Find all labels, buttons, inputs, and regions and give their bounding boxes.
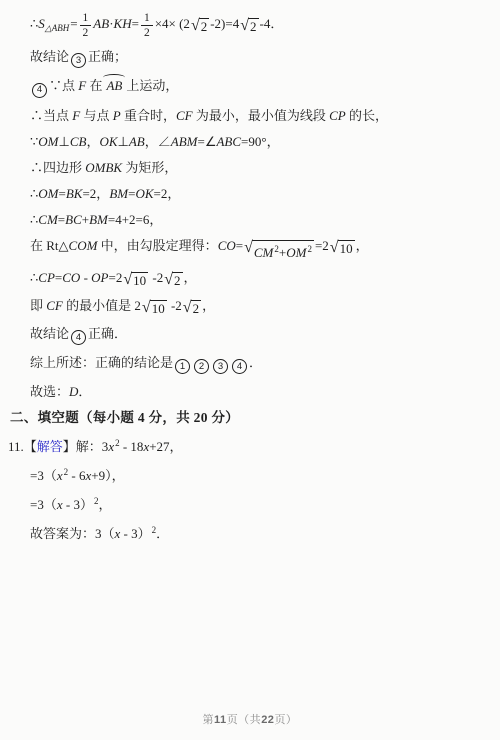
- text-run: 的最小值是 2: [63, 298, 141, 313]
- text-run: 与点: [80, 108, 113, 123]
- text-run: - 3）: [63, 497, 93, 512]
- text-run: 为矩形，: [122, 160, 177, 175]
- text-line: ∴当点 F 与点 P 重合时，CF 为最小，最小值为线段 CP 的长，: [0, 107, 500, 124]
- text-run: 故答案为：3（: [30, 526, 115, 541]
- text-run: 故选：: [30, 384, 69, 399]
- arc-over-segment: AB: [105, 78, 123, 93]
- text-run: ．: [78, 384, 91, 399]
- text-run: =2，: [154, 186, 181, 201]
- math-variable: OM: [38, 134, 58, 149]
- radicand: 2: [172, 272, 183, 288]
- square-root: √2: [183, 300, 201, 316]
- text-run: ∴当点: [30, 108, 72, 123]
- math-variable: P: [113, 108, 121, 123]
- text-line: 即 CF 的最小值是 2√10 -2√2，: [0, 297, 500, 316]
- text-run: =90°，: [241, 134, 280, 149]
- circled-number: 1: [175, 359, 190, 374]
- circled-number: 4: [232, 359, 247, 374]
- text-run: 正确．: [88, 326, 127, 341]
- math-variable: OK: [99, 134, 117, 149]
- text-line: =3（x2 - 6x+9），: [0, 464, 500, 484]
- text-run: 即: [30, 298, 46, 313]
- text-run: 第: [203, 714, 215, 726]
- math-variable: CM: [38, 212, 58, 227]
- circled-number: 4: [71, 330, 86, 345]
- text-line: ∴OM=BK=2，BM=OK=2，: [0, 185, 500, 202]
- text-run: 在 Rt△: [30, 238, 69, 253]
- text-run: ∵点: [49, 78, 78, 93]
- text-line: 11.【解答】解：3x2 - 18x+27，: [0, 435, 500, 455]
- text-run: ．: [249, 355, 262, 370]
- text-run: - 3）: [120, 526, 150, 541]
- text-line: ∴CP=CO - OP=2√10 -2√2，: [0, 269, 500, 288]
- math-variable: x: [108, 439, 114, 454]
- answer-label: 解答: [37, 439, 63, 454]
- math-variable: CP: [329, 108, 346, 123]
- text-run: ⊥: [59, 134, 70, 149]
- text-run: =3（: [30, 468, 57, 483]
- math-variable: CP: [38, 270, 55, 285]
- text-line: =3（x - 3）2，: [0, 493, 500, 513]
- circled-number: 3: [213, 359, 228, 374]
- text-run: =: [236, 238, 243, 253]
- text-run: 综上所述：正确的结论是: [30, 355, 173, 370]
- math-variable: BK: [66, 186, 83, 201]
- circled-number: 4: [32, 83, 47, 98]
- square-root: √2: [191, 18, 209, 34]
- document-page: ∴S△ABH=12AB·KH=12×4× (2√2-2)=4√2-4．故结论3正…: [0, 0, 500, 740]
- text-run: 中，由勾股定理得：: [97, 238, 217, 253]
- math-variable: x: [57, 468, 63, 483]
- math-variable: ABC: [216, 134, 241, 149]
- square-root: √10: [142, 300, 167, 316]
- text-run: +27，: [149, 439, 182, 454]
- math-variable: OP: [91, 270, 108, 285]
- square-root: √2: [240, 18, 258, 34]
- subscript: △ABH: [45, 23, 69, 33]
- superscript: 2: [307, 244, 312, 254]
- text-line: 故结论3正确；: [0, 48, 500, 68]
- math-variable: S: [38, 16, 45, 31]
- math-variable: D: [69, 384, 78, 399]
- text-run: =: [59, 186, 66, 201]
- text-run: =3（: [30, 497, 57, 512]
- text-run: 页（共: [227, 714, 262, 726]
- math-variable: CO: [218, 238, 236, 253]
- text-run: -2: [168, 298, 182, 313]
- text-run: ，: [184, 270, 197, 285]
- text-run: 故结论: [30, 49, 69, 64]
- text-run: ⊥: [118, 134, 129, 149]
- text-line: 故选：D．: [0, 383, 500, 400]
- text-run: -2)=4: [210, 16, 239, 31]
- text-line: ∴四边形 OMBK 为矩形，: [0, 159, 500, 176]
- square-root: √10: [330, 240, 355, 256]
- text-run: ，: [202, 298, 215, 313]
- text-run: =: [70, 16, 77, 31]
- text-run: =: [132, 16, 139, 31]
- radicand: 2: [248, 18, 259, 34]
- text-line: ∴CM=BC+BM=4+2=6，: [0, 211, 500, 228]
- text-run: -4．: [260, 16, 284, 31]
- math-variable: OMBK: [85, 160, 122, 175]
- math-variable: BM: [109, 186, 128, 201]
- square-root: √10: [123, 272, 148, 288]
- bold-text: 22: [261, 714, 274, 726]
- text-run: 上运动，: [126, 78, 178, 93]
- math-variable: OK: [135, 186, 153, 201]
- text-run: ，: [98, 497, 111, 512]
- radicand: 10: [338, 240, 355, 256]
- square-root: √2: [164, 272, 182, 288]
- math-variable: COM: [69, 238, 98, 253]
- page-footer: 第11页（共22页）: [0, 711, 500, 727]
- math-variable: CF: [176, 108, 193, 123]
- text-run: 为最小，最小值为线段: [193, 108, 330, 123]
- text-run: 故结论: [30, 326, 69, 341]
- text-run: =∠: [197, 134, 216, 149]
- document-body: ∴S△ABH=12AB·KH=12×4× (2√2-2)=4√2-4．故结论3正…: [0, 12, 500, 542]
- fraction: 12: [141, 12, 153, 39]
- text-run: ．: [156, 526, 169, 541]
- radicand: 2: [199, 18, 210, 34]
- math-variable: AB: [93, 16, 109, 31]
- square-root: √CM2+OM2: [244, 240, 314, 260]
- text-run: +: [82, 212, 89, 227]
- fraction: 12: [80, 12, 92, 39]
- text-run: =4+2=6，: [108, 212, 163, 227]
- text-run: ×4× (2: [155, 16, 190, 31]
- text-run: -2: [149, 270, 163, 285]
- text-run: 】解：3: [63, 439, 109, 454]
- math-variable: KH: [114, 16, 132, 31]
- math-variable: BC: [65, 212, 82, 227]
- text-run: ，: [356, 238, 369, 253]
- text-run: 正确；: [88, 49, 127, 64]
- math-variable: CF: [46, 298, 63, 313]
- fraction-denominator: 2: [141, 26, 153, 39]
- text-run: - 6: [68, 468, 85, 483]
- text-run: =2，: [82, 186, 109, 201]
- math-variable: BM: [89, 212, 108, 227]
- text-line: 在 Rt△COM 中，由勾股定理得：CO=√CM2+OM2=2√10，: [0, 237, 500, 260]
- math-variable: ABM: [171, 134, 198, 149]
- circled-number: 2: [194, 359, 209, 374]
- text-run: 11.【: [8, 439, 37, 454]
- circled-number: 3: [71, 53, 86, 68]
- radicand: 10: [131, 272, 148, 288]
- radicand: 2: [191, 300, 202, 316]
- text-line: ∴S△ABH=12AB·KH=12×4× (2√2-2)=4√2-4．: [0, 12, 500, 39]
- fraction-numerator: 1: [141, 12, 153, 26]
- text-run: - 18: [120, 439, 144, 454]
- text-run: 页）: [274, 714, 297, 726]
- text-line: ∵OM⊥CB，OK⊥AB，∠ABM=∠ABC=90°，: [0, 133, 500, 150]
- math-variable: OM: [286, 245, 306, 260]
- math-variable: OM: [38, 186, 58, 201]
- text-run: ∴四边形: [30, 160, 85, 175]
- radicand: 10: [150, 300, 167, 316]
- text-run: =2: [109, 270, 123, 285]
- text-run: ，: [86, 134, 99, 149]
- text-run: -: [80, 270, 91, 285]
- text-run: +9），: [91, 468, 124, 483]
- math-variable: CO: [62, 270, 80, 285]
- text-run: 重合时，: [121, 108, 176, 123]
- text-run: 二、填空题（每小题 4 分，共 20 分）: [10, 410, 239, 425]
- math-variable: AB: [129, 134, 145, 149]
- text-run: =2: [315, 238, 329, 253]
- fraction-numerator: 1: [80, 12, 92, 26]
- text-run: 在: [86, 78, 102, 93]
- section-heading: 二、填空题（每小题 4 分，共 20 分）: [0, 409, 500, 426]
- text-line: 故答案为：3（x - 3）2．: [0, 522, 500, 542]
- text-line: 综上所述：正确的结论是1234．: [0, 354, 500, 374]
- radicand: CM2+OM2: [252, 240, 314, 260]
- text-run: ，∠: [145, 134, 171, 149]
- text-line: 故结论4正确．: [0, 325, 500, 345]
- bold-text: 11: [214, 714, 227, 726]
- text-line: 4∵点 F 在AB上运动，: [0, 77, 500, 97]
- math-variable: CM: [254, 245, 274, 260]
- text-run: 的长，: [346, 108, 388, 123]
- fraction-denominator: 2: [80, 26, 92, 39]
- math-variable: CB: [70, 134, 87, 149]
